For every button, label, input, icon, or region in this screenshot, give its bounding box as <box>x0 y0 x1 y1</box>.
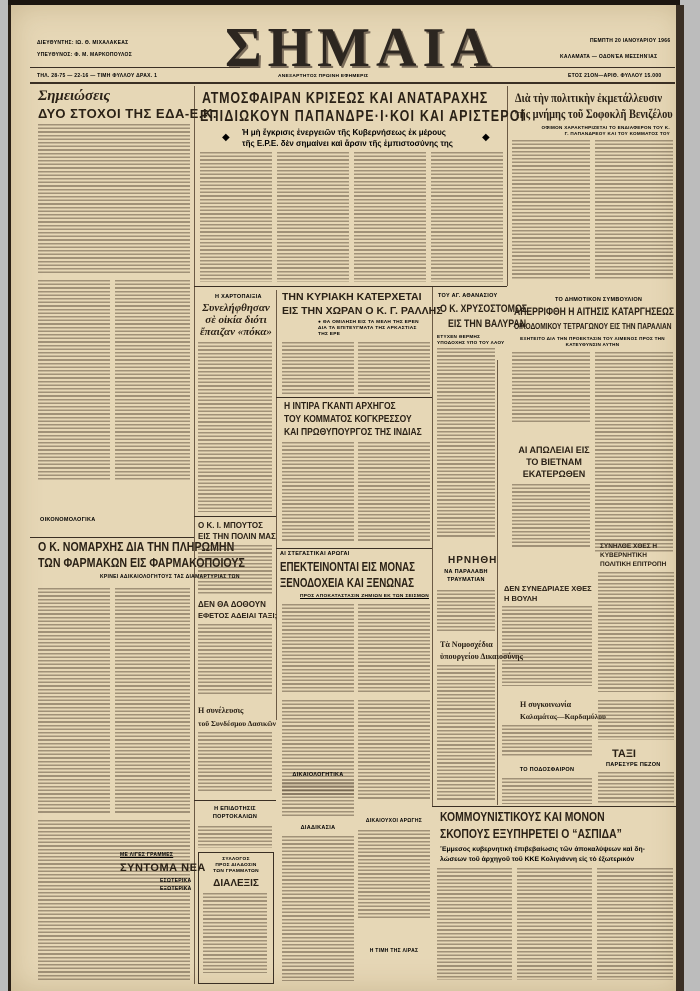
column-rule <box>497 360 498 805</box>
oranges-body <box>198 826 272 848</box>
vietnam-body <box>512 484 590 549</box>
procedure-title: ΔΙΑΔΙΚΑΣΙΑ <box>282 825 354 831</box>
committee-title: ΣΥΝΗΛΘΕ ΧΘΕΣ Η ΚΥΒΕΡΝΗΤΙΚΗ ΠΟΛΙΤΙΚΗ ΕΠΙΤ… <box>600 542 678 569</box>
rallis-body-2 <box>358 342 430 394</box>
diamond-icon: ◆ <box>222 132 230 143</box>
judicial-aid-body <box>358 830 430 920</box>
denial-subtitle: ΝΑ ΠΑΡΑΛΑΒΗ ΤΡΑΥΜΑΤΙΑΝ <box>440 568 492 584</box>
card-game-body <box>198 342 272 512</box>
venizelos-title-1: Διὰ τὴν πολιτικὴν ἐκμετάλλευσιν <box>515 90 662 106</box>
lead-subtitle-1: Ἡ μὴ ἔγκρισις ἐνεργειῶν τῆς Κυβερνήσεως … <box>242 128 446 137</box>
briefs-section-2: ΕΞΩΤΕΡΙΚΑ <box>160 886 192 892</box>
date-line: ΠΕΜΠΤΗ 20 ΙΑΝΟΥΑΡΙΟΥ 1966 <box>590 38 670 44</box>
aspida-body-3 <box>597 868 673 980</box>
committee-body <box>598 572 674 692</box>
lawyers-title-2: τοῦ Συνδέσμου Δασικῶν <box>198 719 276 728</box>
rallis-subtitle: ● ΘΑ ΟΜΙΛΗΣΗ ΕΙΣ ΤΑ ΜΕΛΗ ΤΗΣ ΕΡΕΝ ΔΙΑ ΤΑ… <box>318 320 428 338</box>
rule <box>30 537 194 538</box>
rule <box>432 806 676 807</box>
nomarch-body-2 <box>115 588 190 813</box>
lawyers-title-1: Η συνέλευσις <box>198 706 243 715</box>
masthead-rule-right <box>470 67 675 68</box>
notaries-title-1: Τὰ Νομοσχέδια <box>440 640 493 649</box>
rallis-title-2: ΕΙΣ ΤΗΝ ΧΩΡΑΝ Ο κ. Γ. ΡΑΛΛΗΣ <box>282 305 443 317</box>
chrysostomos-body <box>437 348 495 538</box>
aspida-title-1: ΚΟΜΜΟΥΝΙΣΤΙΚΟΥΣ ΚΑΙ ΜΟΝΟΝ <box>440 809 605 824</box>
housing-cont-body <box>358 700 430 800</box>
gandhi-title-2: ΤΟΥ ΚΟΜΜΑΤΟΣ ΚΟΓΚΡΕΣΣΟΥ <box>284 414 412 425</box>
rule <box>194 286 507 287</box>
notes-title: ΔΥΟ ΣΤΟΧΟΙ ΤΗΣ ΕΔΑ-Ε.Κ. <box>38 106 217 121</box>
housing-title-1: ΕΠΕΚΤΕΙΝΟΝΤΑΙ ΕΙΣ ΜΟΝΑΣ <box>280 560 415 574</box>
taxi-accident-body <box>598 772 674 804</box>
aspida-body-2 <box>517 868 592 980</box>
aspida-subtitle-1: Ἔμμεσος κυβερνητικὴ ἐπιβεβαίωσις τῶν ἀπο… <box>440 846 645 853</box>
card-game-title: Συνελήφθησαν σὲ οἰκία διότι ἔπαιζαν «πόκ… <box>197 302 275 338</box>
lead-body-3 <box>354 152 426 282</box>
municipal-body-2 <box>595 352 673 552</box>
municipal-kicker: ΤΟ ΔΗΜΟΤΙΚΟΝ ΣΥΜΒΟΥΛΙΟΝ <box>555 297 642 303</box>
election-ad-title: ΔΙΑΛΕΞΙΣ <box>200 878 272 889</box>
election-ad-line-1: ΣΥΛΛΟΓΟΣ <box>222 857 250 862</box>
transport-title-1: Η συγκοινωνία <box>520 700 571 709</box>
notaries-body <box>437 665 495 800</box>
lead-title-2: ΕΠΙΔΙΩΚΟΥΝ ΠΑΠΑΝΔΡΕ·Ι·ΚΟΙ ΚΑΙ ΑΡΙΣΤΕΡΟΙ <box>200 108 525 126</box>
lead-body-1 <box>200 152 272 282</box>
rule <box>276 548 432 549</box>
oranges-title-2: ΠΟΡΤΟΚΑΛΙΩΝ <box>213 814 257 820</box>
rallis-title-1: ΤΗΝ ΚΥΡΙΑΚΗ ΚΑΤΕΡΧΕΤΑΙ <box>282 291 422 303</box>
judicial-title: ΔΙΚΑΙΟΛΟΓΗΤΙΚΑ <box>282 772 354 778</box>
notes-body-3 <box>115 280 190 480</box>
masthead-rule-left <box>30 67 240 68</box>
rule <box>194 516 276 517</box>
oikonomologika-kicker: ΟΙΚΟΝΟΜΟΛΟΓΙΚΑ <box>40 517 96 523</box>
venizelos-body-1 <box>512 140 590 280</box>
lead-subtitle-2: τῆς Ε.Ρ.Ε. δὲν σημαίνει καὶ ἄρσιν τῆς ἐμ… <box>242 139 453 148</box>
municipal-title-2: ΟΙΚΟΔΟΜΙΚΟΥ ΤΕΤΡΑΓΩΝΟΥ ΕΙΣ ΤΗΝ ΠΑΡΑΛΙΑΝ <box>514 321 672 331</box>
lawyers-body <box>198 732 272 792</box>
football-body <box>502 778 592 804</box>
subtitle-line: ΑΝΕΞΑΡΤΗΤΟΣ ΠΡΩΙΝΗ ΕΦΗΜΕΡΙΣ <box>278 74 368 79</box>
oranges-title: Η ΕΠΙΔΟΤΗΣΙΣΠΟΡΤΟΚΑΛΙΩΝ <box>198 805 272 821</box>
briefs-title: ΣΥΝΤΟΜΑ ΝΕΑ <box>120 862 206 874</box>
procedure-body <box>282 836 354 981</box>
card-game-kicker: Η ΧΑΡΤΟΠΑΙΞΙΑ <box>215 294 262 300</box>
briefs-section-1: ΕΣΩΤΕΡΙΚΑ <box>160 878 191 884</box>
denial-title: ΗΡΝΗΘΗ <box>448 555 497 566</box>
chrysostomos-kicker: ΤΟΥ ΑΓ. ΑΘΑΝΑΣΙΟΥ <box>438 293 498 299</box>
parliament-body <box>502 606 592 686</box>
location-line: ΚΑΛΑΜΑΤΑ — Οδονέα Μεσσηνίας <box>560 54 657 60</box>
municipal-body-1 <box>512 352 590 422</box>
housing-title-2: ΞΕΝΟΔΟΧΕΙΑ ΚΑΙ ΞΕΝΩΝΑΣ <box>280 576 414 590</box>
lead-body-4 <box>431 152 503 282</box>
rule <box>194 800 276 801</box>
nomarch-body <box>38 588 110 813</box>
gandhi-body-2 <box>358 442 430 542</box>
housing-subtitle: ΠΡΟΣ ΑΠΟΚΑΤΑΣΤΑΣΙΝ ΖΗΜΙΩΝ ΕΚ ΤΩΝ ΣΕΙΣΜΩΝ <box>300 594 429 599</box>
taxi-permits-title-1: ΔΕΝ ΘΑ ΔΟΘΟΥΝ <box>198 600 266 609</box>
parliament-title: ΔΕΝ ΣΥΝΕΔΡΙΑΣΕ ΧΘΕΣ Η ΒΟΥΛΗ <box>504 584 594 604</box>
notes-kicker: Σημειώσεις <box>38 88 110 105</box>
aspida-body-1 <box>437 868 512 980</box>
boutos-title-2: ΕΙΣ ΤΗΝ ΠΟΛΙΝ ΜΑΣ <box>198 532 276 541</box>
taxi-permits-title-2: ΕΦΕΤΟΣ ΑΔΕΙΑΙ ΤΑΞΙ; <box>198 611 277 620</box>
election-ad-header: ΣΥΛΛΟΓΟΣΠΡΟΣ ΔΙΑΔΟΣΙΝΤΩΝ ΓΡΑΜΜΑΤΩΝ <box>200 857 272 875</box>
aspida-subtitle-2: λώσεων τοῦ ἀρχηγοῦ τοῦ ΚΚΕ Κολιγιάννη εἰ… <box>440 856 634 863</box>
diamond-icon: ◆ <box>482 132 490 143</box>
taxi-accident-title: ΤΑΞΙ <box>612 748 636 760</box>
chrysostomos-subtitle: ΕΤΥΧΕΝ ΘΕΡΜΗΣ ΥΠΟΔΟΧΗΣ ΥΠΟ ΤΟΥ ΛΑΟΥ <box>437 334 509 346</box>
taxi-accident-subtitle: ΠΑΡΕΣΥΡΕ ΠΕΖΟΝ <box>606 762 661 768</box>
football-title: ΤΟ ΠΟΔΟΣΦΑΙΡΟΝ <box>502 767 592 773</box>
column-rule <box>276 290 277 720</box>
housing-body-2 <box>358 604 430 694</box>
gandhi-title-3: ΚΑΙ ΠΡΩΘΥΠΟΥΡΓΟΣ ΤΗΣ ΙΝΔΙΑΣ <box>284 427 422 438</box>
housing-kicker: ΑΙ ΣΤΕΓΑΣΤΙΚΑΙ ΑΡΩΓΑΙ <box>280 551 350 557</box>
air-price-title: Η ΤΙΜΗ ΤΗΣ ΛΙΡΑΣ <box>358 948 430 954</box>
boutos-body <box>198 545 272 595</box>
aspida-title-2: ΣΚΟΠΟΥΣ ΕΞΥΠΗΡΕΤΕΙ Ο “ΑΣΠΙΔΑ” <box>440 826 622 841</box>
notes-body <box>38 124 190 274</box>
gandhi-body-1 <box>282 442 354 542</box>
director-line: ΔΙΕΥΘΥΝΤΗΣ: ΙΩ. Θ. ΜΙΧΑΛΑΚΕΑΣ <box>37 40 128 46</box>
phone-price-line: ΤΗΛ. 28-75 — 22-16 — ΤΙΜΗ ΦΥΛΛΟΥ ΔΡΑΧ. 1 <box>37 73 157 79</box>
judicial-pre-body <box>282 700 354 795</box>
denial-body <box>437 590 495 632</box>
venizelos-title-2: τῆς μνήμης τοῦ Σοφοκλῆ Βενιζέλου <box>515 106 673 122</box>
rallis-body-1 <box>282 342 354 394</box>
lead-title-1: ΑΤΜΟΣΦΑΙΡΑΝ ΚΡΙΣΕΩΣ ΚΑΙ ΑΝΑΤΑΡΑΧΗΣ <box>202 90 488 108</box>
left-bottom-body <box>38 820 190 980</box>
vietnam-title: ΑΙ ΑΠΩΛΕΙΑΙ ΕΙΣ ΤΟ ΒΙΕΤΝΑΜ ΕΚΑΤΕΡΩΘΕΝ <box>514 444 594 480</box>
taxi-permits-body <box>198 624 272 694</box>
issue-line: ΕΤΟΣ 21ον—ΑΡΙΘ. ΦΥΛΛΟΥ 15.000 <box>568 73 662 79</box>
committee-cont-body <box>598 700 674 740</box>
masthead-title: ΣΗΜΑΙΑ <box>225 22 485 74</box>
gandhi-title-1: Η ΙΝΤΙΡΑ ΓΚΑΝΤΙ ΑΡΧΗΓΟΣ <box>284 401 396 412</box>
election-ad-body <box>203 893 267 973</box>
briefs-kicker: ΜΕ ΛΙΓΕΣ ΓΡΑΜΜΕΣ <box>120 852 173 858</box>
page-edge <box>676 5 684 991</box>
election-ad-line-2: ΠΡΟΣ ΔΙΑΔΟΣΙΝ <box>215 863 256 868</box>
column-rule <box>194 86 195 984</box>
column-rule <box>432 286 433 806</box>
lead-body-2 <box>277 152 349 282</box>
boutos-title-1: Ο κ. Ι. ΜΠΟΥΤΟΣ <box>198 521 263 530</box>
judicial-body <box>282 782 354 818</box>
venizelos-body-2 <box>595 140 673 280</box>
election-ad-line-3: ΤΩΝ ΓΡΑΜΜΑΤΩΝ <box>213 869 259 874</box>
judicial-aid-title: ΔΙΚΑΙΟΥΧΟΙ ΑΡΩΓΗΣ <box>358 818 430 824</box>
editor-line: ΥΠΕΥΘΥΝΟΣ: Φ. Μ. ΜΑΡΚΟΠΟΥΛΟΣ <box>37 52 132 58</box>
notes-body-2 <box>38 280 110 480</box>
venizelos-subtitle: ΟΦΙΜΟΝ ΧΑΡΑΚΤΗΡΙΖΕΤΑΙ ΤΟ ΕΝΔΙΑΦΕΡΟΝ ΤΟΥ … <box>540 125 670 137</box>
masthead-bottom-rule <box>30 82 675 84</box>
transport-body <box>502 725 592 757</box>
oranges-title-1: Η ΕΠΙΔΟΤΗΣΙΣ <box>214 806 256 812</box>
rule <box>276 397 432 398</box>
municipal-title-1: ΑΠΕΡΡΙΦΘΗ Η ΑΙΤΗΣΙΣ ΚΑΤΑΡΓΗΣΕΩΣ <box>514 306 674 318</box>
transport-title-2: Καλαμάτας—Καρδαμύλου <box>520 712 606 721</box>
municipal-subtitle: ΕΞΗΤΕΙΤΟ ΔΙΑ ΤΗΝ ΠΡΟΕΚΤΑΣΙΝ ΤΟΥ ΛΙΜΕΝΟΣ … <box>515 336 670 348</box>
housing-body-1 <box>282 604 354 694</box>
